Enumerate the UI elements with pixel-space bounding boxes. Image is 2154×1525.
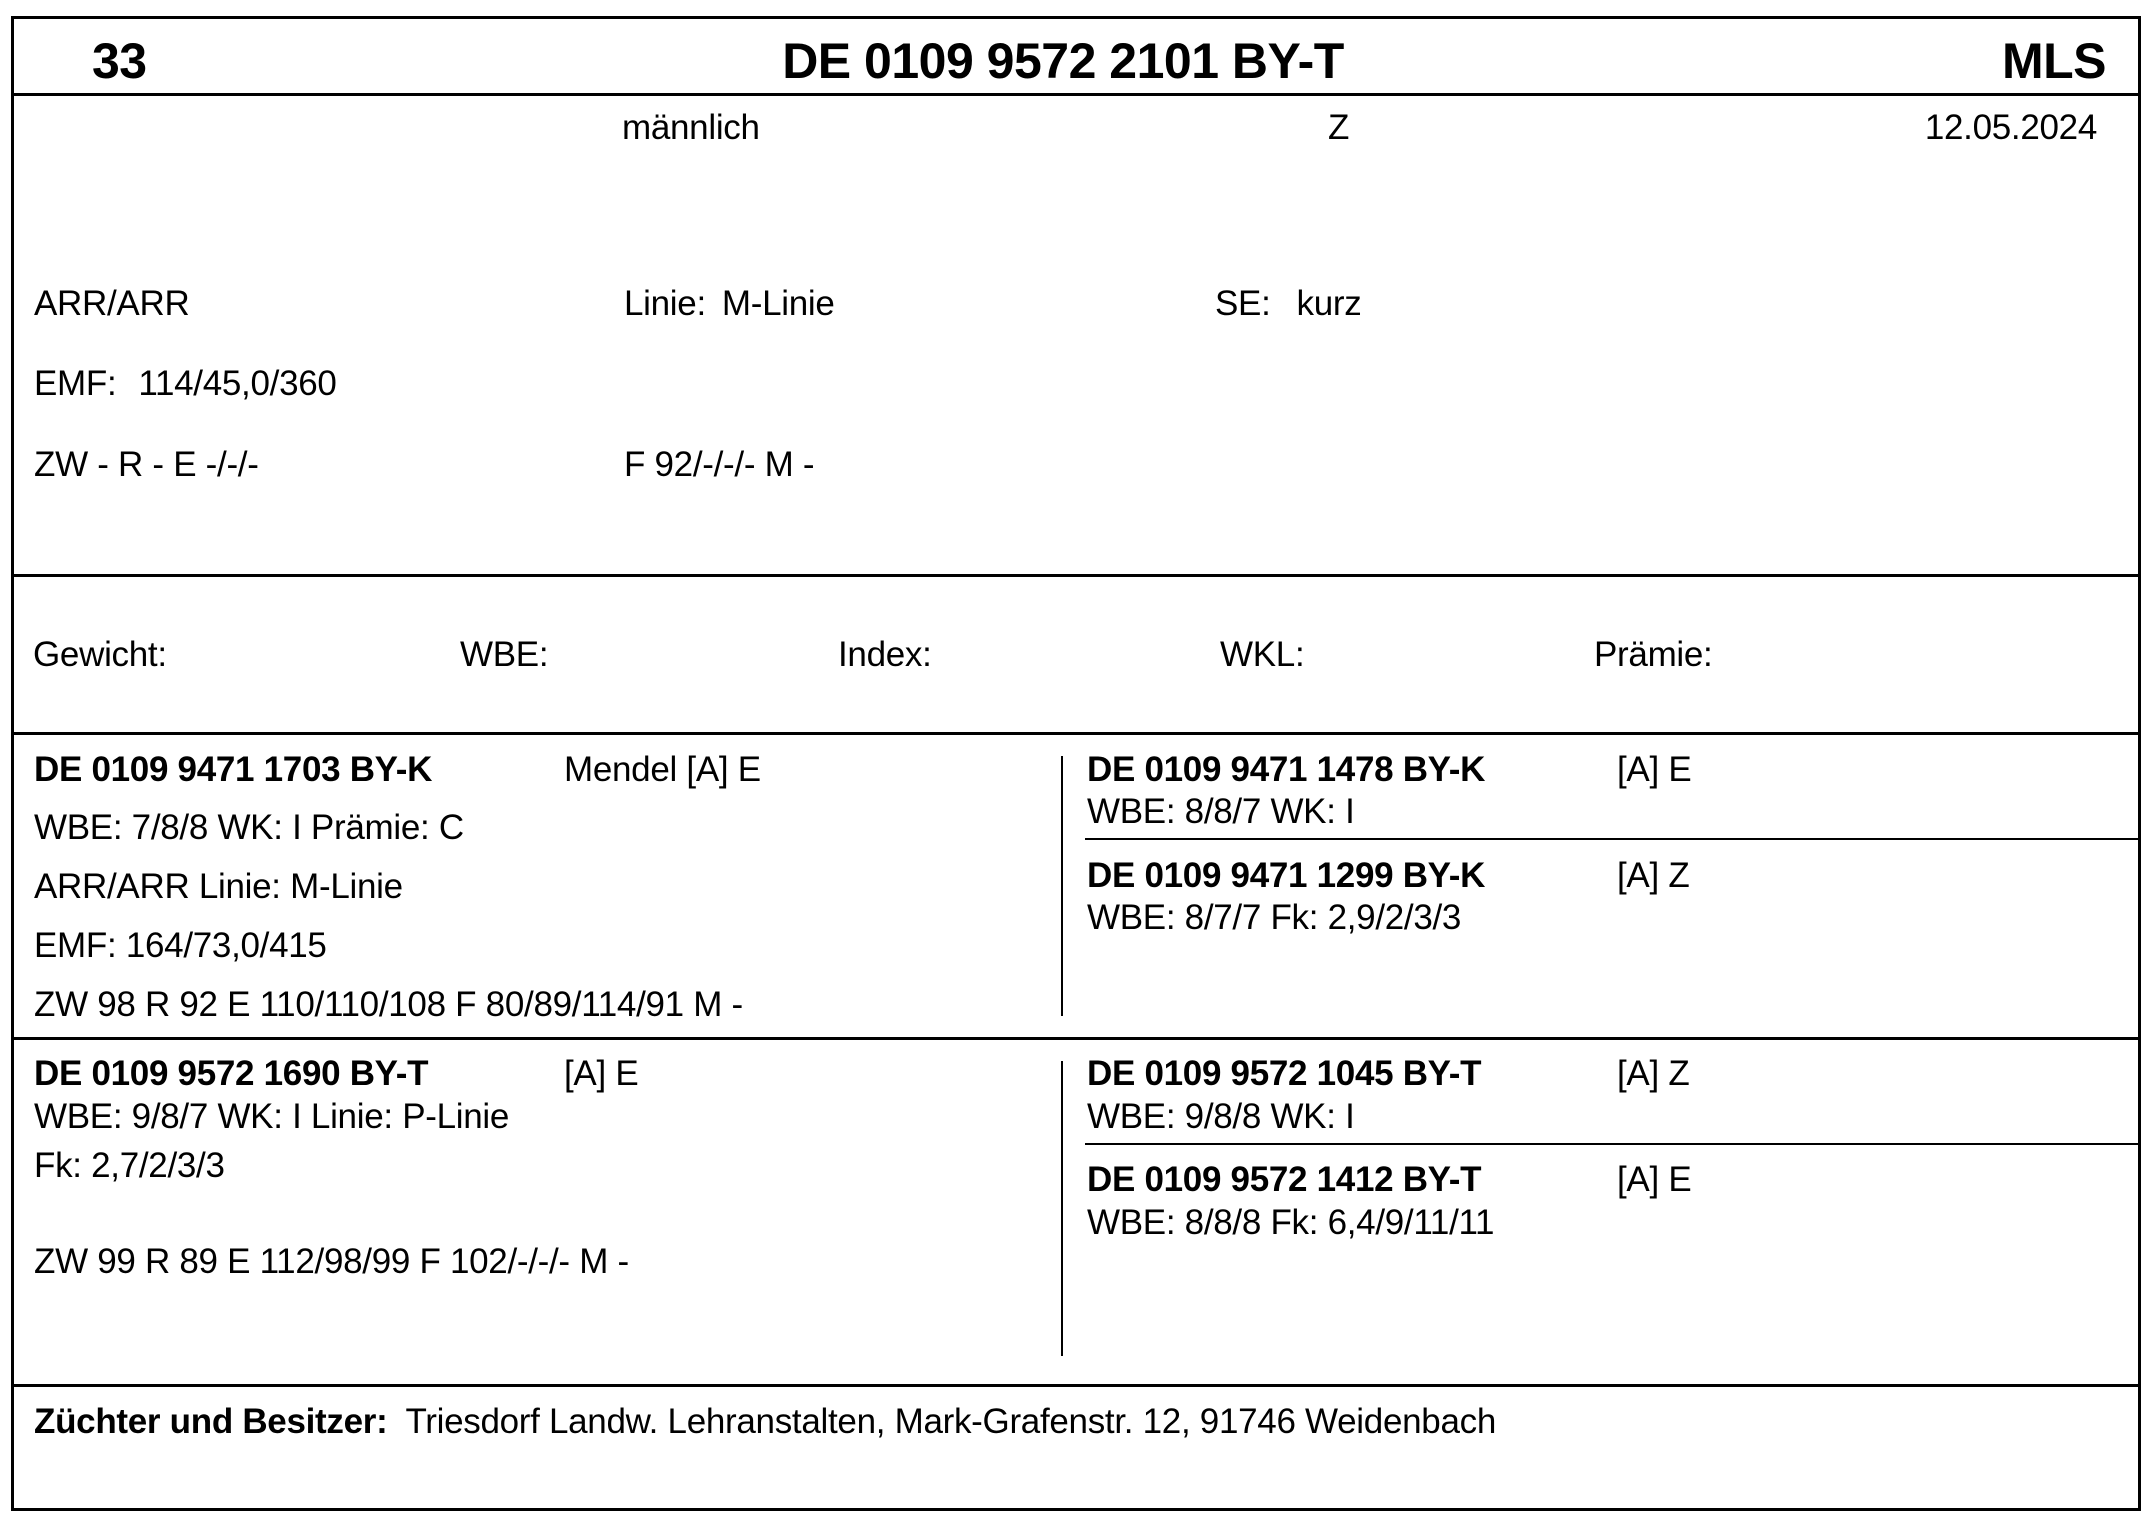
line-field: Linie:M-Linie <box>624 284 835 324</box>
dam-sire-tags: [A] Z <box>1617 1054 1689 1094</box>
se-label: SE: <box>1215 284 1271 323</box>
breeder-owner: Züchter und Besitzer:Triesdorf Landw. Le… <box>34 1402 1496 1442</box>
weight-label: Gewicht: <box>33 635 167 675</box>
animal-id: DE 0109 9572 2101 BY-T <box>0 32 2140 90</box>
dam-vertical-divider <box>1061 1061 1063 1356</box>
sire-sub-divider <box>1085 838 2141 840</box>
dam-line-2: Fk: 2,7/2/3/3 <box>34 1146 225 1186</box>
section-divider-4 <box>11 1384 2141 1387</box>
sire-line-2: ARR/ARR Linie: M-Linie <box>34 867 403 907</box>
sex: männlich <box>622 108 760 148</box>
sire-tags: Mendel [A] E <box>564 750 761 790</box>
premium-label: Prämie: <box>1594 635 1713 675</box>
sire-sire-line-1: WBE: 8/8/7 WK: I <box>1087 792 1355 832</box>
sire-line-4: ZW 98 R 92 E 110/110/108 F 80/89/114/91 … <box>34 985 743 1025</box>
breeder-label: Züchter und Besitzer: <box>34 1402 387 1441</box>
sire-header: DE 0109 9471 1703 BY-K <box>34 750 432 790</box>
section-divider-3 <box>11 1037 2141 1040</box>
dam-id: DE 0109 9572 1690 BY-T <box>34 1054 428 1094</box>
emf-field: EMF:114/45,0/360 <box>34 364 337 404</box>
line-label: Linie: <box>624 284 706 323</box>
status-code: Z <box>1328 108 1349 148</box>
section-divider-2 <box>11 732 2141 735</box>
dam-dam-line-1: WBE: 8/8/8 Fk: 6,4/9/11/11 <box>1087 1203 1494 1243</box>
dam-line-1: WBE: 9/8/7 WK: I Linie: P-Linie <box>34 1097 509 1137</box>
emf-label: EMF: <box>34 364 116 403</box>
sire-vertical-divider <box>1061 756 1063 1016</box>
dam-dam-id: DE 0109 9572 1412 BY-T <box>1087 1160 1481 1200</box>
dam-line-3: ZW 99 R 89 E 112/98/99 F 102/-/-/- M - <box>34 1242 629 1282</box>
sire-id: DE 0109 9471 1703 BY-K <box>34 750 432 789</box>
dam-sub-divider <box>1085 1143 2141 1145</box>
dam-tags: [A] E <box>564 1054 638 1094</box>
dam-sire-id: DE 0109 9572 1045 BY-T <box>1087 1054 1481 1094</box>
breed-code: MLS <box>2002 32 2106 90</box>
index-label: Index: <box>838 635 932 675</box>
se-value: kurz <box>1297 284 1362 323</box>
sire-line-3: EMF: 164/73,0/415 <box>34 926 327 966</box>
section-divider-1 <box>11 574 2141 577</box>
dam-sire-line-1: WBE: 9/8/8 WK: I <box>1087 1097 1355 1137</box>
breeding-values-left: ZW - R - E -/-/- <box>34 445 259 485</box>
dam-dam-tags: [A] E <box>1617 1160 1691 1200</box>
sire-dam-id: DE 0109 9471 1299 BY-K <box>1087 856 1485 896</box>
sire-sire-tags: [A] E <box>1617 750 1691 790</box>
wbe-label: WBE: <box>460 635 548 675</box>
sire-line-1: WBE: 7/8/8 WK: I Prämie: C <box>34 808 464 848</box>
wkl-label: WKL: <box>1220 635 1304 675</box>
breeder-value: Triesdorf Landw. Lehranstalten, Mark-Gra… <box>405 1402 1496 1441</box>
emf-value: 114/45,0/360 <box>138 364 336 403</box>
date: 12.05.2024 <box>1925 108 2097 148</box>
se-field: SE:kurz <box>1215 284 1361 324</box>
header-divider <box>11 93 2141 96</box>
genotype: ARR/ARR <box>34 284 189 324</box>
sire-dam-line-1: WBE: 8/7/7 Fk: 2,9/2/3/3 <box>1087 898 1461 938</box>
sire-dam-tags: [A] Z <box>1617 856 1689 896</box>
breeding-values-right: F 92/-/-/- M - <box>624 445 814 485</box>
sire-sire-id: DE 0109 9471 1478 BY-K <box>1087 750 1485 790</box>
line-value: M-Linie <box>722 284 835 323</box>
